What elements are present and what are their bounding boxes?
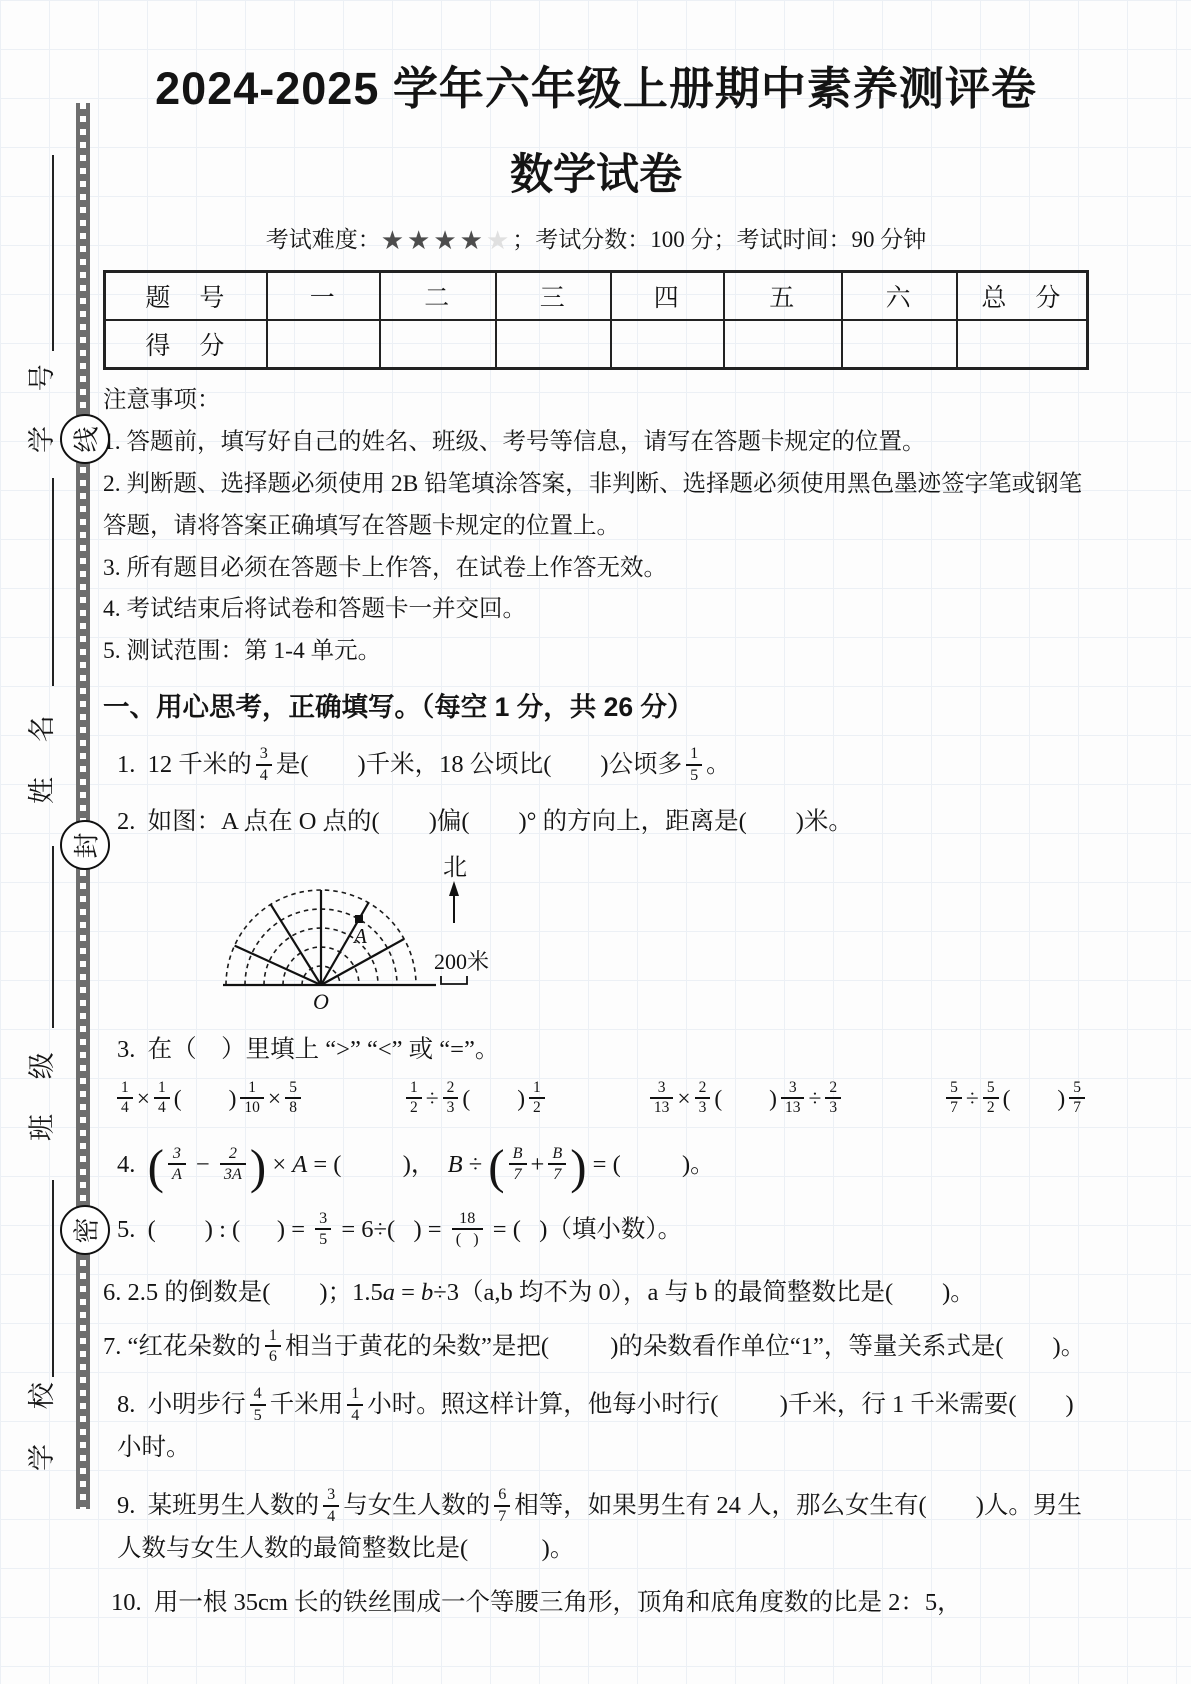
exam-page: 线 封 密 学 号 姓 名 班 级 学 校 2024-2025 学年六年级上册期…	[0, 0, 1191, 1684]
score-cell	[496, 320, 611, 369]
seal-char-feng-text: 封	[66, 832, 103, 858]
score-time-text: ；考试分数：100 分；考试时间：90 分钟	[512, 227, 926, 252]
student-id-writing-line	[52, 155, 54, 351]
scale-label: 200米	[434, 949, 489, 974]
notice-item: 1. 答题前，填写好自己的姓名、班级、考号等信息，请写在答题卡规定的位置。	[103, 422, 1089, 464]
difficulty-label: 考试难度：	[266, 227, 381, 252]
question-7: 7. “红花朵数的16相当于黄花的朵数”是把( )的朵数看作单位“1”，等量关系…	[103, 1326, 1089, 1371]
seal-char-xian: 线	[60, 414, 110, 464]
page-subtitle: 数学试卷	[103, 152, 1089, 199]
question-3: 3. 在（ ）里填上 “>” “<” 或 “=”。	[117, 1031, 1089, 1069]
comparison-3: 313×23( )313÷23	[646, 1079, 845, 1122]
exam-info-line: 考试难度：★★★★★；考试分数：100 分；考试时间：90 分钟	[103, 221, 1089, 256]
star-filled-icon: ★	[433, 226, 459, 255]
question-6: 6. 2.5 的倒数是( )；1.5a = b÷3（a,b 均不为 0），a 与…	[103, 1274, 1089, 1312]
name-label: 姓 名	[20, 704, 52, 804]
binding-strip-dashes	[80, 103, 86, 1509]
point-a-label: A	[352, 924, 367, 948]
comparison-2: 12÷23( )12	[402, 1079, 549, 1122]
score-header-cell: 题 号	[105, 272, 267, 321]
score-cell	[842, 320, 957, 369]
question-8: 8. 小明步行45千米用14小时。照这样计算，他每小时行( )千米，行 1 千米…	[117, 1384, 1089, 1467]
scale-bracket	[441, 976, 467, 984]
score-cell	[267, 320, 380, 369]
score-cell	[611, 320, 724, 369]
score-table-header-row: 题 号一二三四五六总 分	[105, 272, 1088, 321]
comparison-1: 14×14( )110×58	[113, 1079, 305, 1122]
page-title: 2024-2025 学年六年级上册期中素养测评卷	[103, 62, 1089, 116]
star-empty-icon: ★	[486, 226, 512, 255]
star-filled-icon: ★	[381, 226, 407, 255]
score-cell	[957, 320, 1088, 369]
score-header-cell: 五	[724, 272, 842, 321]
question-1: 1. 12 千米的34是( )千米，18 公顷比( )公顷多15。	[117, 744, 1089, 789]
school-writing-line	[52, 1180, 54, 1377]
notice-list: 1. 答题前，填写好自己的姓名、班级、考号等信息，请写在答题卡规定的位置。2. …	[103, 422, 1089, 673]
question-4: 4. (3A − 23A) × A = ( )， B ÷ (B7+B7) = (…	[117, 1144, 1089, 1189]
score-cell	[380, 320, 496, 369]
question-9: 9. 某班男生人数的34与女生人数的67相等，如果男生有 24 人，那么女生有(…	[117, 1485, 1089, 1568]
score-header-cell: 总 分	[957, 272, 1088, 321]
origin-label: O	[313, 989, 329, 1014]
comparison-4: 57÷52( )57	[942, 1079, 1089, 1122]
question-2: 2. 如图：A 点在 O 点的( )偏( )° 的方向上，距离是( )米。	[117, 803, 1089, 841]
notice-block: 注意事项： 1. 答题前，填写好自己的姓名、班级、考号等信息，请写在答题卡规定的…	[103, 380, 1089, 673]
score-table: 题 号一二三四五六总 分 得 分	[103, 270, 1089, 370]
notice-item: 3. 所有题目必须在答题卡上作答，在试卷上作答无效。	[103, 548, 1089, 590]
score-cell	[724, 320, 842, 369]
star-filled-icon: ★	[460, 226, 486, 255]
score-table-score-row: 得 分	[105, 320, 1088, 369]
difficulty-stars: ★★★★★	[381, 227, 513, 252]
class-writing-line	[52, 846, 54, 1028]
question-5: 5. ( ) : ( ) = 35 = 6÷( ) = 18( ) = ( )（…	[117, 1209, 1089, 1254]
question-3-comparisons: 14×14( )110×58 12÷23( )12 313×23( )313÷2…	[113, 1079, 1089, 1122]
score-header-cell: 二	[380, 272, 496, 321]
notice-item: 2. 判断题、选择题必须使用 2B 铅笔填涂答案，非判断、选择题必须使用黑色墨迹…	[103, 464, 1089, 548]
notice-title: 注意事项：	[103, 380, 1089, 422]
student-id-label: 学 号	[20, 353, 52, 453]
section-one-heading: 一、用心思考，正确填写。（每空 1 分，共 26 分）	[103, 685, 1089, 724]
seal-char-mi: 密	[60, 1205, 110, 1255]
question-2-diagram: A O 北 200米	[191, 845, 1089, 1017]
notice-item: 5. 测试范围：第 1-4 单元。	[103, 631, 1089, 673]
main-content: 2024-2025 学年六年级上册期中素养测评卷 数学试卷 考试难度：★★★★★…	[103, 62, 1089, 1622]
name-writing-line	[52, 478, 54, 686]
seal-char-feng: 封	[60, 820, 110, 870]
seal-char-xian-text: 线	[66, 426, 103, 452]
score-header-cell: 一	[267, 272, 380, 321]
binding-strip	[76, 103, 90, 1509]
question-10: 10. 用一根 35cm 长的铁丝围成一个等腰三角形，顶角和底角度数的比是 2：…	[111, 1584, 1089, 1622]
score-header-cell: 六	[842, 272, 957, 321]
north-arrow-head	[449, 881, 459, 896]
north-label: 北	[443, 855, 467, 881]
score-header-cell: 三	[496, 272, 611, 321]
notice-item: 4. 考试结束后将试卷和答题卡一并交回。	[103, 589, 1089, 631]
seal-char-mi-text: 密	[66, 1217, 103, 1243]
star-filled-icon: ★	[407, 226, 433, 255]
school-label: 学 校	[20, 1371, 52, 1471]
score-header-cell: 四	[611, 272, 724, 321]
class-label: 班 级	[20, 1041, 52, 1141]
score-row-label: 得 分	[105, 320, 267, 369]
point-a-dot	[355, 915, 363, 923]
